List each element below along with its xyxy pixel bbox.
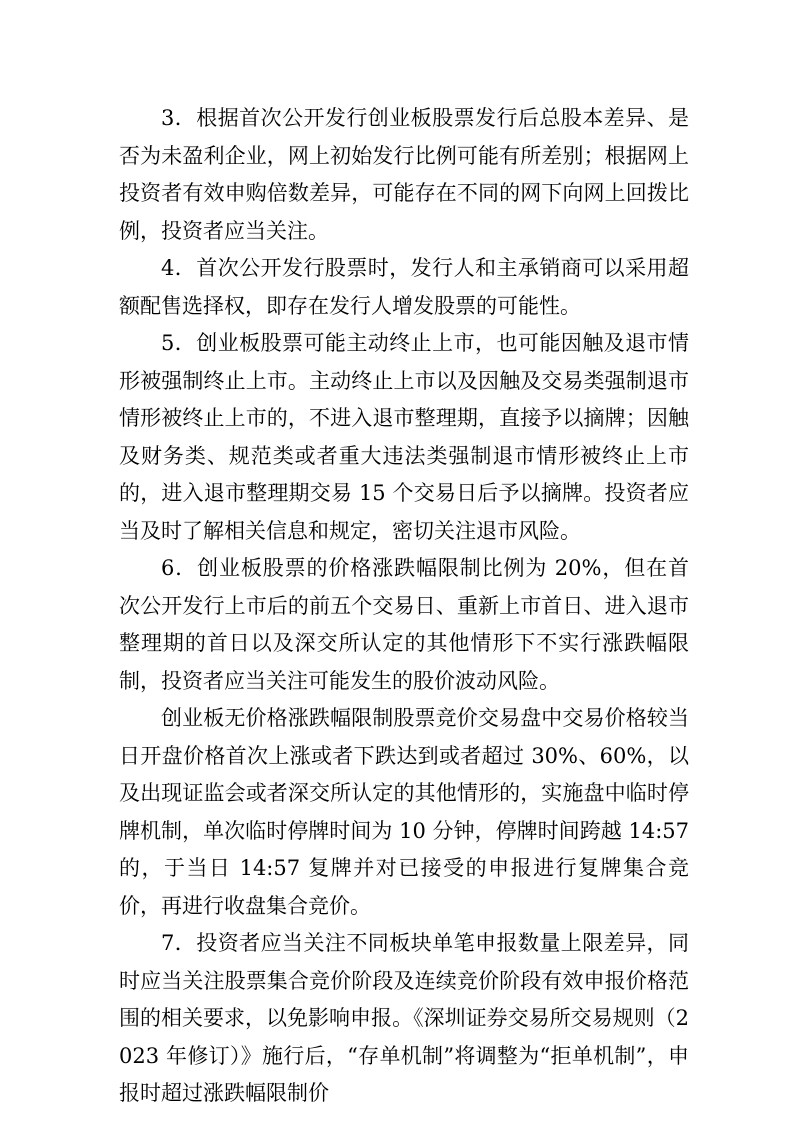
paragraph-item-5: 5．创业板股票可能主动终止上市，也可能因触及退市情形被强制终止上市。主动终止上市… — [119, 325, 689, 550]
paragraph-item-4: 4．首次公开发行股票时，发行人和主承销商可以采用超额配售选择权，即存在发行人增发… — [119, 250, 689, 325]
paragraph-item-7: 7．投资者应当关注不同板块单笔申报数量上限差异，同时应当关注股票集合竞价阶段及连… — [119, 925, 689, 1113]
paragraph-item-6: 6．创业板股票的价格涨跌幅限制比例为 20%，但在首次公开发行上市后的前五个交易… — [119, 550, 689, 700]
document-page: 3．根据首次公开发行创业板股票发行后总股本差异、是否为未盈利企业，网上初始发行比… — [0, 0, 793, 1122]
paragraph-intraday-halt: 创业板无价格涨跌幅限制股票竞价交易盘中交易价格较当日开盘价格首次上涨或者下跌达到… — [119, 700, 689, 925]
document-text-block: 3．根据首次公开发行创业板股票发行后总股本差异、是否为未盈利企业，网上初始发行比… — [119, 100, 689, 1113]
paragraph-item-3: 3．根据首次公开发行创业板股票发行后总股本差异、是否为未盈利企业，网上初始发行比… — [119, 100, 689, 250]
